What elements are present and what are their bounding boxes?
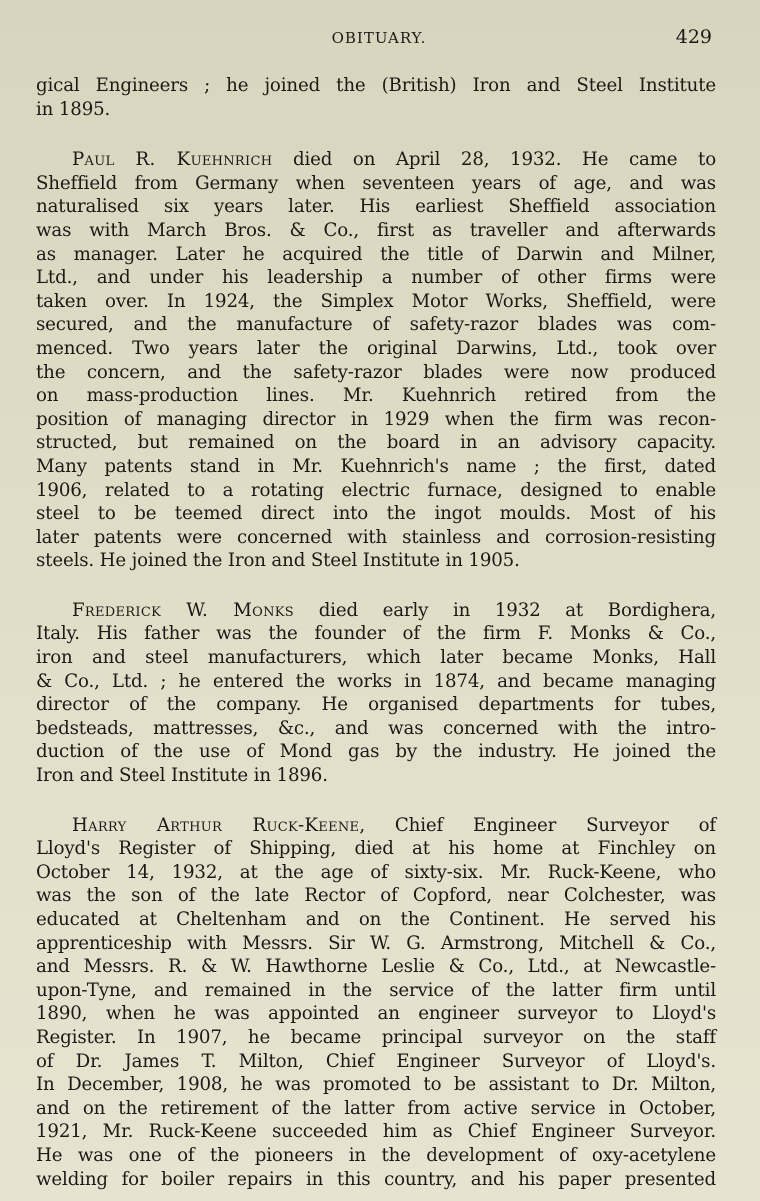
text-line: and Messrs. R. & W. Hawthorne Leslie & C…	[36, 955, 716, 979]
text-line: taken over. In 1924, the Simplex Motor W…	[36, 290, 716, 314]
text-line: later patents were concerned with stainl…	[36, 526, 716, 550]
text-line: Iron and Steel Institute in 1896.	[36, 764, 716, 788]
running-title: OBITUARY.	[36, 29, 716, 47]
text-line: 1906, related to a rotating electric fur…	[36, 479, 716, 503]
text-line: in 1895.	[36, 98, 716, 122]
text-line: Lloyd's Register of Shipping, died at hi…	[36, 837, 716, 861]
text-line: iron and steel manufacturers, which late…	[36, 646, 716, 670]
person-name: Paul R. Kuehnrich	[72, 149, 272, 170]
text-line: apprenticeship with Messrs. Sir W. G. Ar…	[36, 932, 716, 956]
paragraph-continuation: gical Engineers ; he joined the (British…	[36, 74, 716, 121]
text-line: director of the company. He organised de…	[36, 693, 716, 717]
text-line: He was one of the pioneers in the develo…	[36, 1144, 716, 1168]
text-line: naturalised six years later. His earlies…	[36, 195, 716, 219]
obituary-monks: Frederick W. Monks died early in 1932 at…	[36, 599, 716, 788]
obituary-kuehnrich: Paul R. Kuehnrich died on April 28, 1932…	[36, 148, 716, 573]
text-line: was the son of the late Rector of Copfor…	[36, 884, 716, 908]
text-line: In December, 1908, he was promoted to be…	[36, 1073, 716, 1097]
text-line: Italy. His father was the founder of the…	[36, 622, 716, 646]
text-line: the concern, and the safety-razor blades…	[36, 361, 716, 385]
text-line: Sheffield from Germany when seventeen ye…	[36, 172, 716, 196]
text-line: 1890, when he was appointed an engineer …	[36, 1002, 716, 1026]
text-line: Harry Arthur Ruck-Keene, Chief Engineer …	[36, 814, 716, 838]
text-line: upon-Tyne, and remained in the service o…	[36, 979, 716, 1003]
text-line: Many patents stand in Mr. Kuehnrich's na…	[36, 455, 716, 479]
text-line: welding for boiler repairs in this count…	[36, 1168, 716, 1192]
text-line: steels. He joined the Iron and Steel Ins…	[36, 549, 716, 573]
text-line: bedsteads, mattresses, &c., and was conc…	[36, 717, 716, 741]
text-line: menced. Two years later the original Dar…	[36, 337, 716, 361]
text-line: Paul R. Kuehnrich died on April 28, 1932…	[36, 148, 716, 172]
text-line: structed, but remained on the board in a…	[36, 431, 716, 455]
text-line: October 14, 1932, at the age of sixty-si…	[36, 861, 716, 885]
text-line: on mass-production lines. Mr. Kuehnrich …	[36, 384, 716, 408]
text-line: position of managing director in 1929 wh…	[36, 408, 716, 432]
text-line: as manager. Later he acquired the title …	[36, 243, 716, 267]
text-line: educated at Cheltenham and on the Contin…	[36, 908, 716, 932]
text-line: and on the retirement of the latter from…	[36, 1097, 716, 1121]
text-line: secured, and the manufacture of safety-r…	[36, 313, 716, 337]
person-name: Harry Arthur Ruck-Keene	[72, 815, 359, 836]
text-line: Ltd., and under his leadership a number …	[36, 266, 716, 290]
text-line: was with March Bros. & Co., first as tra…	[36, 219, 716, 243]
text-line: Frederick W. Monks died early in 1932 at…	[36, 599, 716, 623]
text-line: & Co., Ltd. ; he entered the works in 18…	[36, 670, 716, 694]
text-line: steel to be teemed direct into the ingot…	[36, 502, 716, 526]
body-text: gical Engineers ; he joined the (British…	[36, 74, 716, 1191]
running-head: OBITUARY. 429	[36, 26, 716, 50]
text-line: Register. In 1907, he became principal s…	[36, 1026, 716, 1050]
obituary-ruck-keene: Harry Arthur Ruck-Keene, Chief Engineer …	[36, 814, 716, 1192]
text-line: 1921, Mr. Ruck-Keene succeeded him as Ch…	[36, 1120, 716, 1144]
page-number: 429	[676, 26, 712, 48]
text-line: gical Engineers ; he joined the (British…	[36, 74, 716, 98]
text-line: of Dr. James T. Milton, Chief Engineer S…	[36, 1050, 716, 1074]
text-line: duction of the use of Mond gas by the in…	[36, 740, 716, 764]
person-name: Frederick W. Monks	[72, 600, 294, 621]
